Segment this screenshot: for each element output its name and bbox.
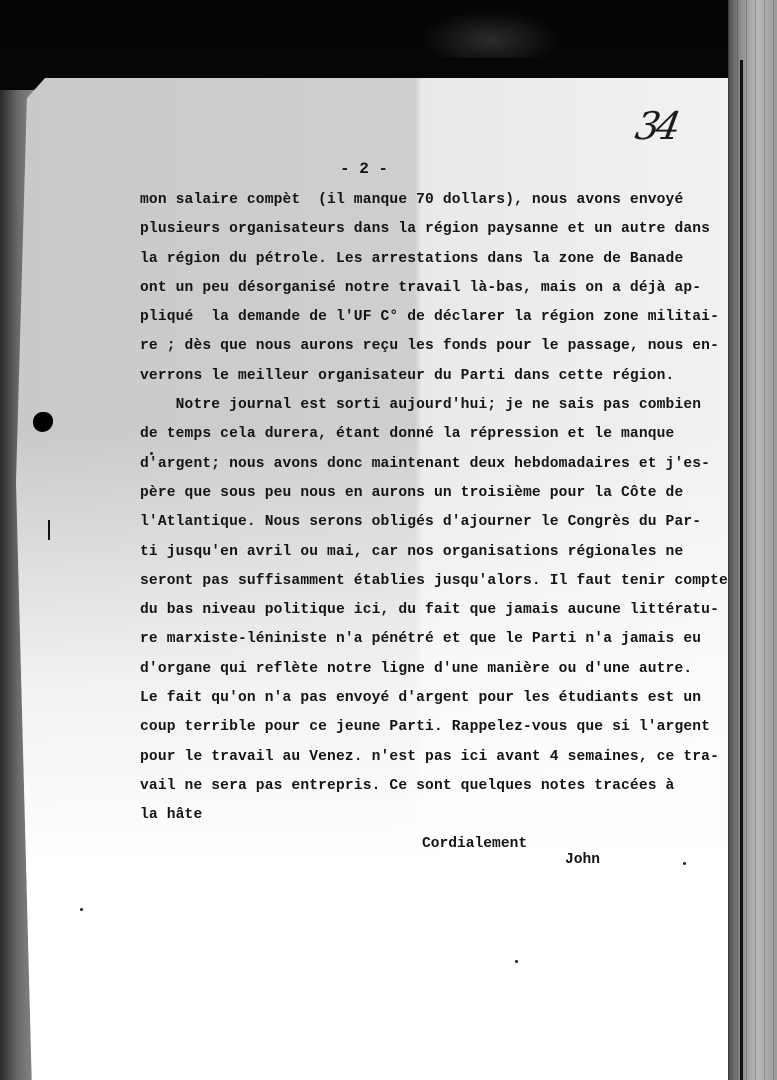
handwritten-folio-number: 34: [632, 104, 680, 148]
margin-tick-mark: [48, 520, 50, 540]
letter-line: père que sous peu nous en aurons un troi…: [140, 479, 740, 508]
letter-line: de temps cela durera, étant donné la rép…: [140, 420, 740, 449]
paper-speck: [515, 960, 518, 963]
letter-line: vail ne sera pas entrepris. Ce sont quel…: [140, 772, 740, 801]
letter-line: la hâte: [140, 801, 740, 830]
paper-speck: [150, 452, 153, 455]
letter-line: l'Atlantique. Nous serons obligés d'ajou…: [140, 508, 740, 537]
letter-line: la région du pétrole. Les arrestations d…: [140, 245, 740, 274]
scanned-document-page: 34 - 2 - mon salaire compèt (il manque 7…: [0, 0, 777, 1080]
letter-line: du bas niveau politique ici, du fait que…: [140, 596, 740, 625]
letter-line: re ; dès que nous aurons reçu les fonds …: [140, 332, 740, 361]
letter-line: Notre journal est sorti aujourd'hui; je …: [140, 391, 740, 420]
letter-line: ti jusqu'en avril ou mai, car nos organi…: [140, 538, 740, 567]
letter-line: ont un peu désorganisé notre travail là-…: [140, 274, 740, 303]
letter-line: Le fait qu'on n'a pas envoyé d'argent po…: [140, 684, 740, 713]
binder-edge-line: [740, 60, 743, 1080]
letter-line: mon salaire compèt (il manque 70 dollars…: [140, 186, 740, 215]
letter-line: coup terrible pour ce jeune Parti. Rappe…: [140, 713, 740, 742]
letter-line: seront pas suffisamment établies jusqu'a…: [140, 567, 740, 596]
page-number: - 2 -: [340, 160, 388, 178]
letter-line: d'organe qui reflète notre ligne d'une m…: [140, 655, 740, 684]
paper-speck: [80, 908, 83, 911]
letter-line: pour le travail au Venez. n'est pas ici …: [140, 743, 740, 772]
letter-closing: Cordialement: [422, 836, 527, 852]
letter-line: pliqué la demande de l'UF C° de déclarer…: [140, 303, 740, 332]
letter-line: re marxiste-léniniste n'a pénétré et que…: [140, 625, 740, 654]
letter-body: mon salaire compèt (il manque 70 dollars…: [140, 186, 740, 831]
letter-signature: John: [565, 852, 600, 868]
letter-line: plusieurs organisateurs dans la région p…: [140, 215, 740, 244]
paper-speck: [683, 862, 686, 865]
letter-line: verrons le meilleur organisateur du Part…: [140, 362, 740, 391]
paper-top-shadow: [40, 58, 728, 78]
letter-line: d'argent; nous avons donc maintenant deu…: [140, 450, 740, 479]
